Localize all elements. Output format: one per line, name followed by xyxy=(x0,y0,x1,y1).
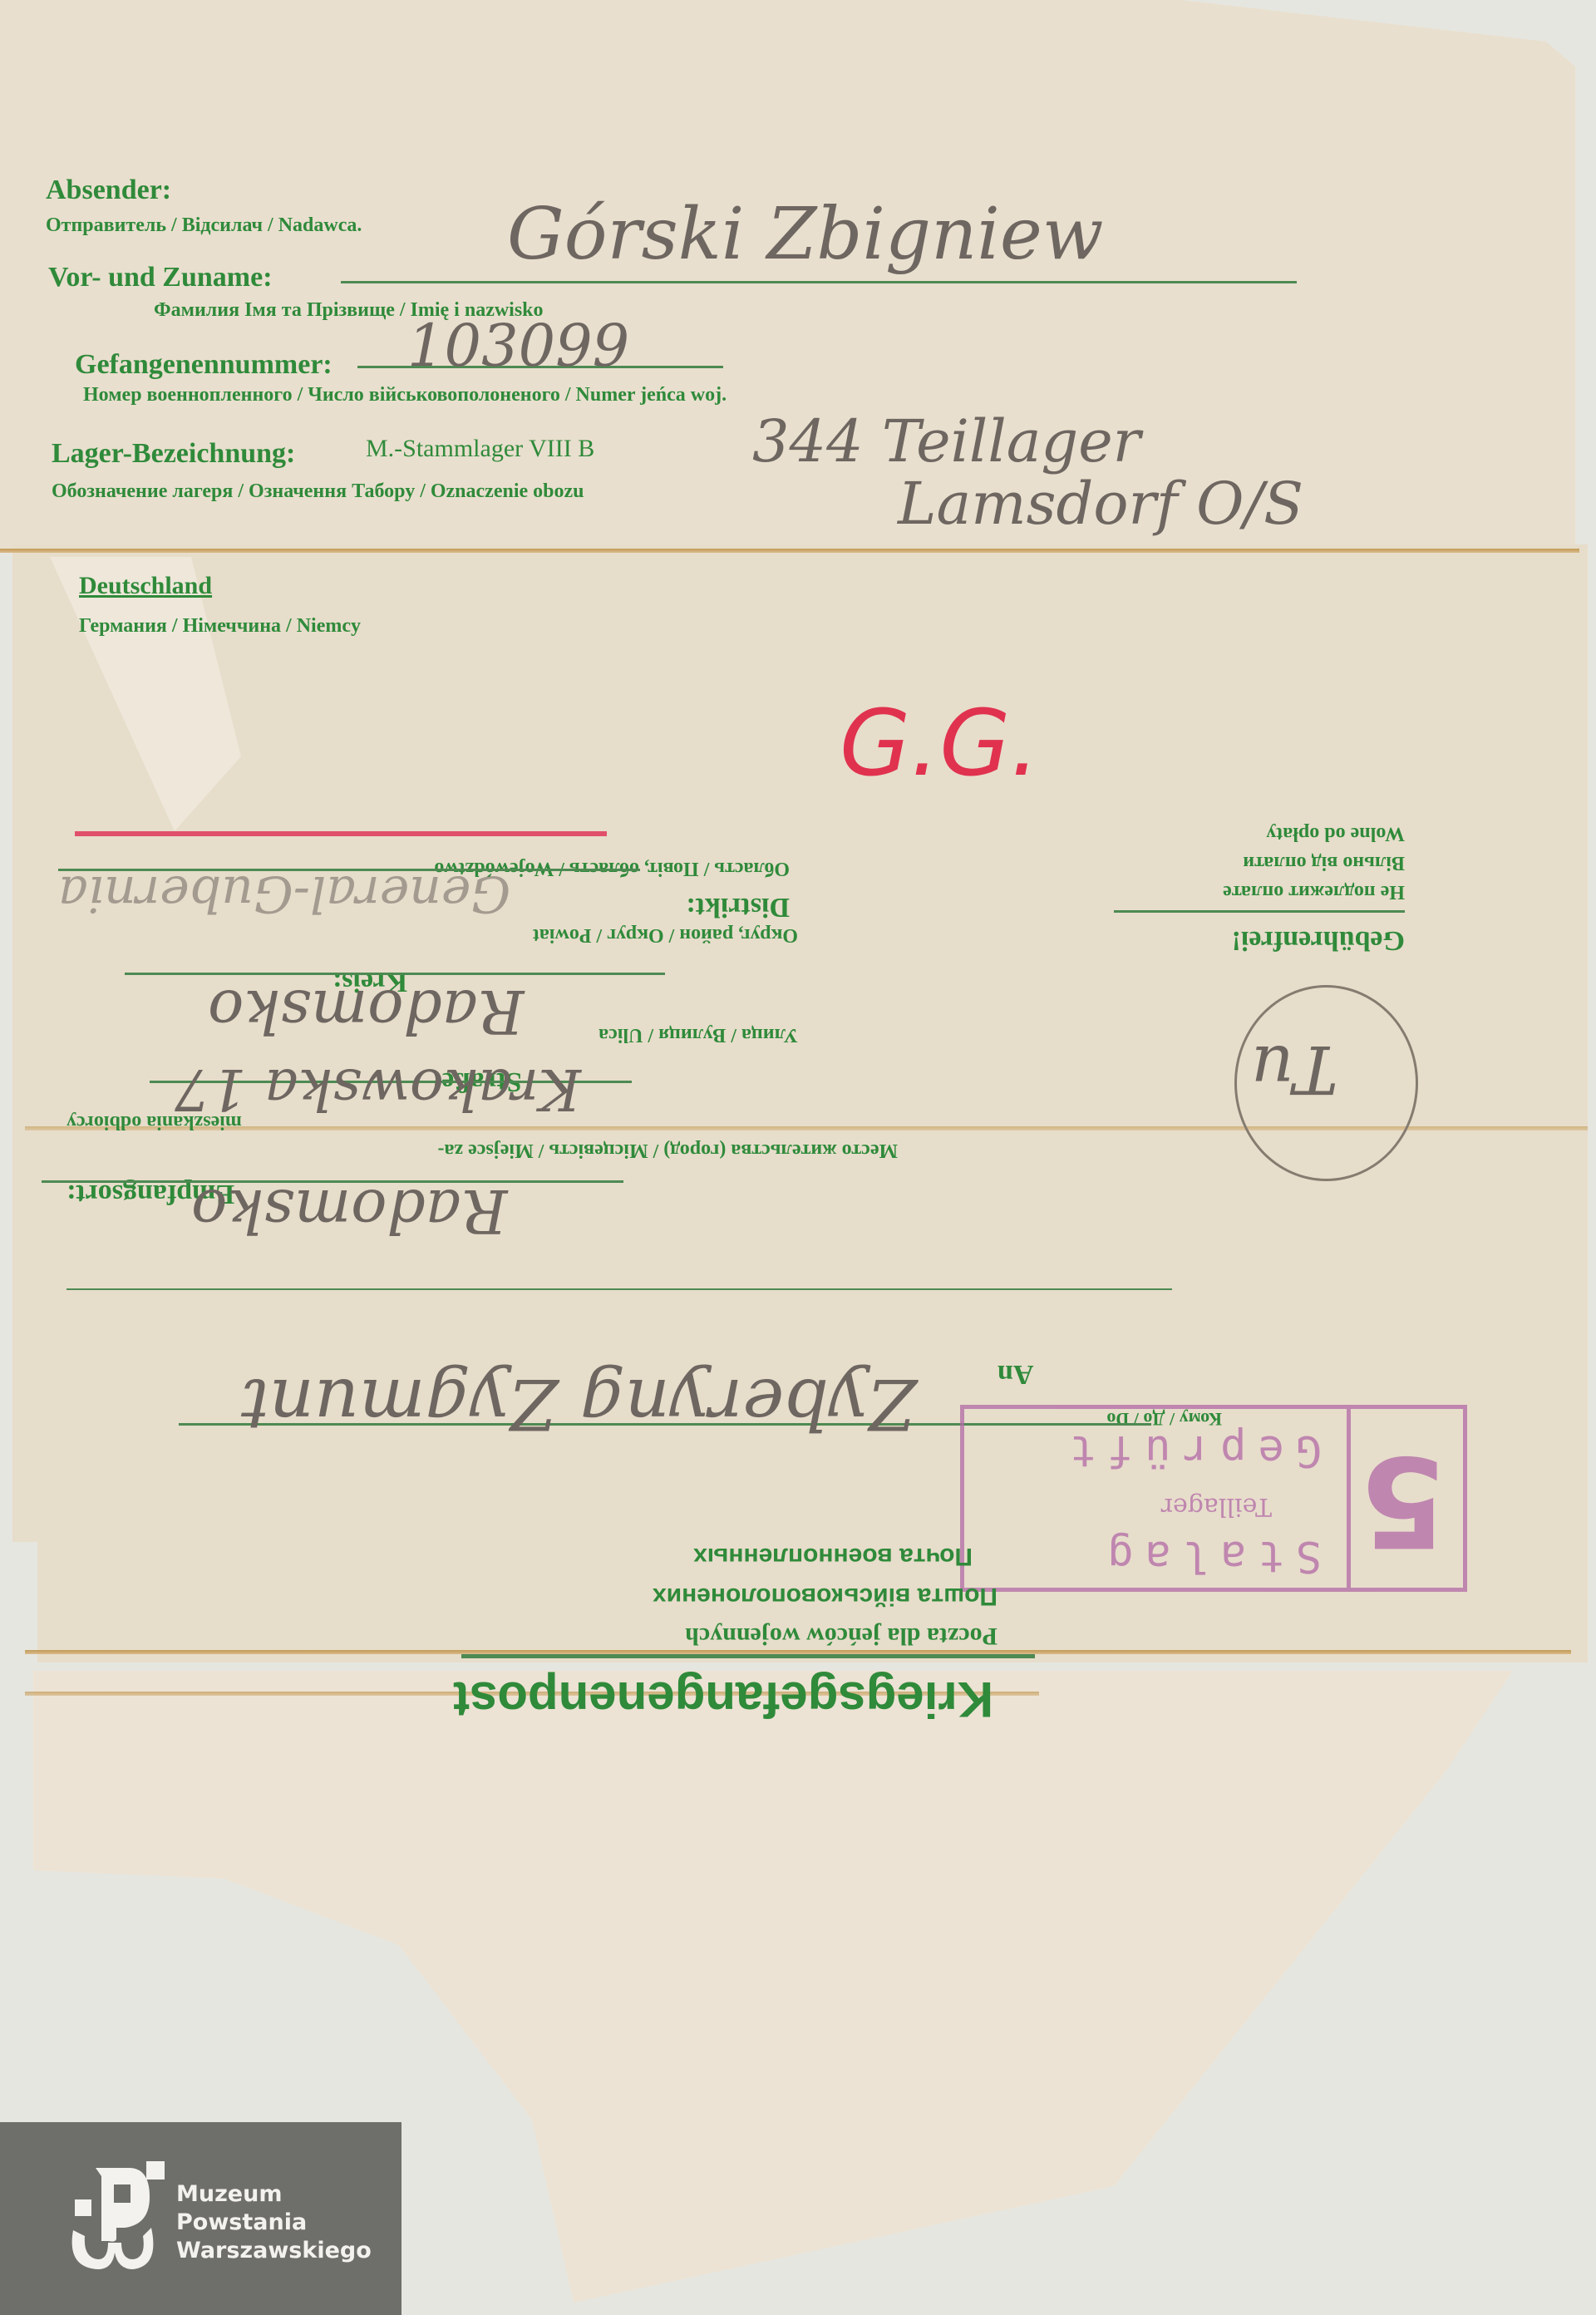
an-value: Zyberyng Zygmunt xyxy=(241,1363,917,1445)
empfangsort-translations-1: Место жительства (город) / Місцевість / … xyxy=(437,1139,898,1161)
pow-number-label: Gefangenennummer: xyxy=(75,349,332,381)
camp-handwritten: 344 Teillager xyxy=(752,407,1140,475)
country: Deutschland xyxy=(79,572,212,600)
an-label: An xyxy=(997,1358,1033,1390)
name-label: Vor- und Zuname: xyxy=(48,262,273,293)
empfangsort-value: Radomsko xyxy=(191,1176,507,1246)
stamp-line2: Teillager xyxy=(1161,1492,1272,1521)
name-value: Górski Zbigniew xyxy=(507,193,1103,276)
fee-label: Gebührenfrei! xyxy=(1232,924,1405,956)
stamp-line1: Stalag xyxy=(1096,1531,1322,1581)
kotwica-anchor-icon xyxy=(50,2160,166,2276)
blank-address-line xyxy=(66,1288,1172,1290)
stamp-number: 5 xyxy=(1360,1430,1446,1571)
fee-translation-1: Не подлежит оплате xyxy=(1223,880,1405,903)
stamp-line3: Geprüft xyxy=(1058,1426,1322,1475)
empfangsort-translations-2: mieszkania odbiorcy xyxy=(66,1111,242,1133)
museum-name: Muzeum Powstania Warszawskiego xyxy=(176,2180,372,2265)
fee-translation-2: Вільно від оплати xyxy=(1243,851,1405,874)
country-translations: Германия / Німеччина / Niemcy xyxy=(79,615,361,638)
fee-underline xyxy=(1114,910,1405,913)
circled-mark-text: Tu xyxy=(1251,1031,1338,1108)
camp-printed: M.-Stammlager VIII B xyxy=(366,435,594,463)
fold-line xyxy=(0,549,1579,553)
strasse-translations: Улица / Вулиця / Ulica xyxy=(598,1023,798,1046)
censor-stamp: 5 Stalag Teillager Geprüft xyxy=(960,1405,1467,1592)
museum-name-line1: Muzeum xyxy=(176,2180,372,2209)
post-title-russian: Почта военнопленных xyxy=(693,1542,973,1570)
fee-block: Gebührenfrei! Не подлежит оплате Вільно … xyxy=(1106,806,1405,956)
distrikt-value: General-Gubernia xyxy=(58,864,510,923)
post-titles: Poczta dla jeńców wojennych Пошта військ… xyxy=(507,1529,997,1650)
red-pencil-mark: G.G. xyxy=(840,690,1039,796)
distrikt-label: Distrikt: xyxy=(686,891,790,923)
kreis-translations: Округ, район / Округ / Powiat xyxy=(533,924,798,946)
camp-label: Lager-Bezeichnung: xyxy=(52,438,295,470)
fee-translation-3: Wolne od opłaty xyxy=(1266,822,1405,845)
absender-label: Absender: xyxy=(46,175,171,206)
camp-translations: Обозначение лагеря / Означення Табору / … xyxy=(52,480,584,503)
pow-number-value: 103099 xyxy=(407,312,629,380)
post-title-polish: Poczta dla jeńców wojennych xyxy=(685,1622,997,1650)
museum-name-line3: Warszawskiego xyxy=(176,2237,372,2265)
post-title-ukrainian: Пошта військовополонених xyxy=(653,1582,997,1610)
pow-number-translations: Номер военнопленного / Число військовопо… xyxy=(83,384,727,406)
kreis-underline xyxy=(125,973,665,975)
name-underline xyxy=(341,281,1297,283)
museum-name-line2: Powstania xyxy=(176,2209,372,2237)
absender-translations: Отправитель / Відсилач / Nadawca. xyxy=(46,214,362,237)
camp-handwritten-2: Lamsdorf O/S xyxy=(898,470,1303,538)
museum-logo: Muzeum Powstania Warszawskiego xyxy=(0,2122,401,2315)
stamp-divider xyxy=(1347,1409,1351,1588)
kgp-rule xyxy=(461,1654,1035,1658)
kriegsgefangenenpost-title: Kriegsgefangenenpost xyxy=(453,1671,993,1728)
